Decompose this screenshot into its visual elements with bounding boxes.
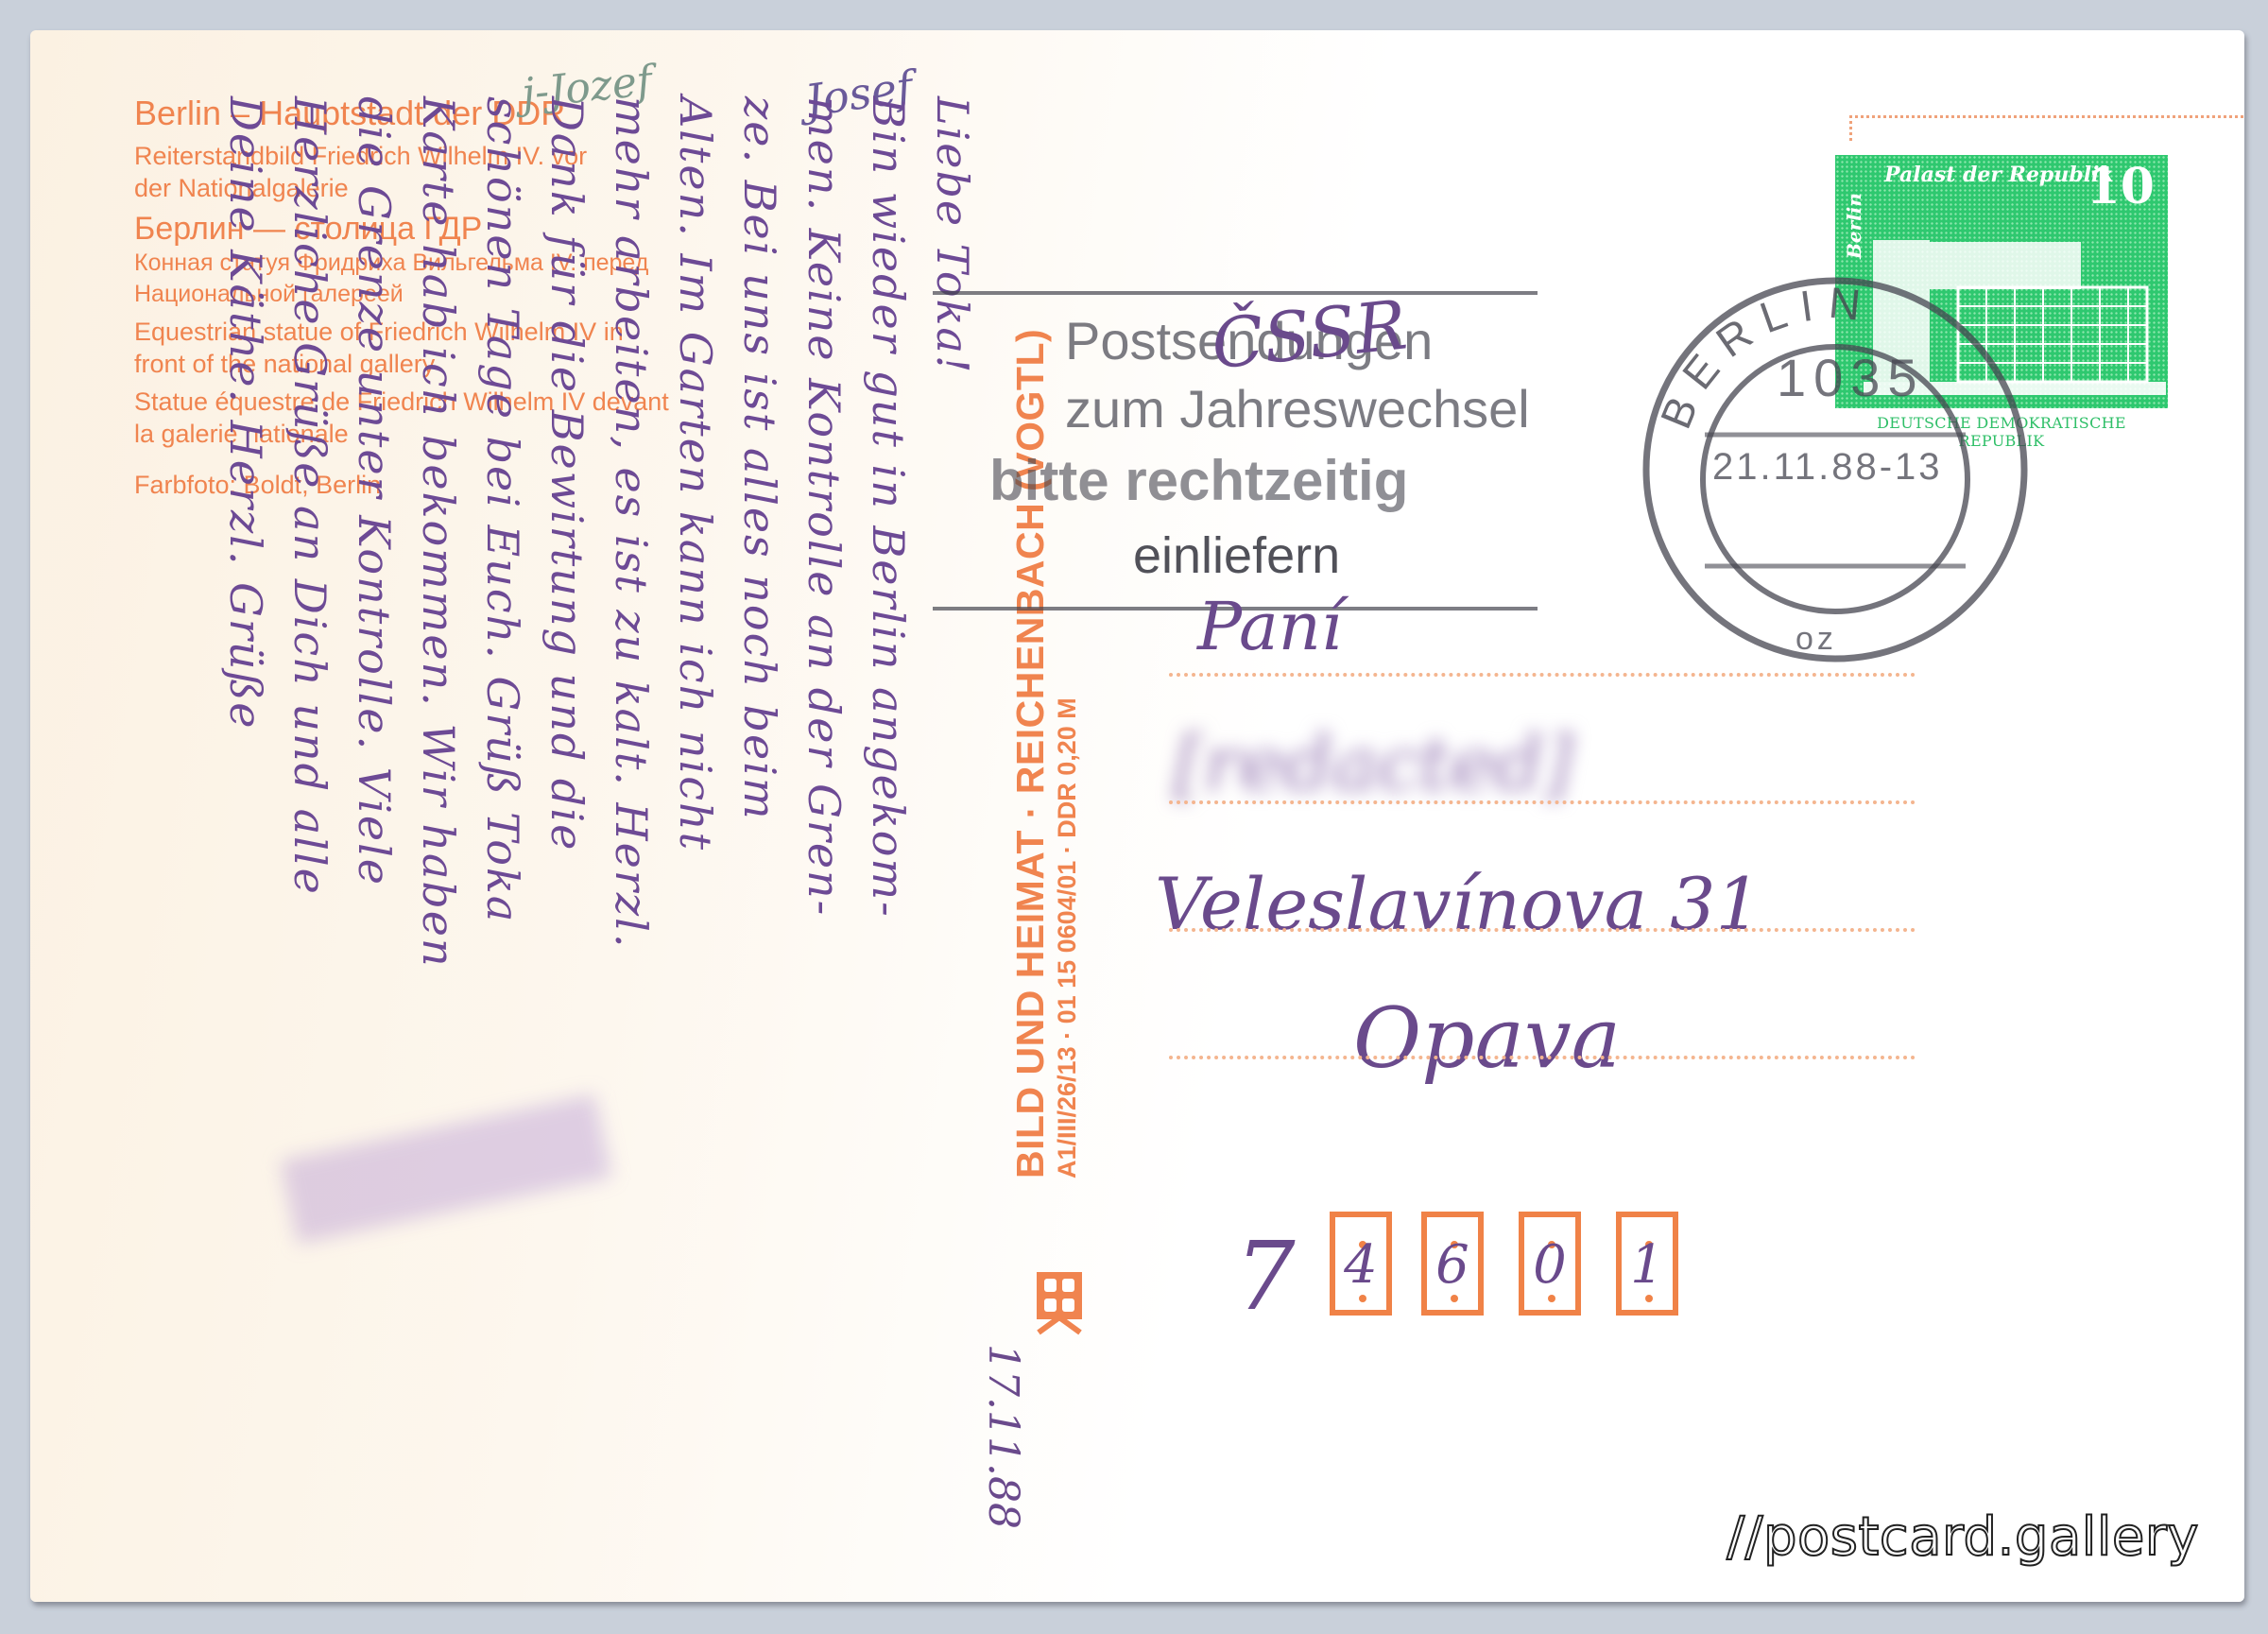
message-line: Deine Käthe. Herzl. Grüße — [214, 96, 278, 969]
address-name-redacted: [redacted] — [1174, 720, 1572, 808]
slogan-line-2: zum Jahreswechsel — [1065, 378, 1530, 439]
postcode-guide-dot — [1645, 1295, 1653, 1302]
slogan-line-3: bitte rechtzeitig — [989, 448, 1408, 513]
postcode-box: 1 — [1616, 1212, 1678, 1316]
postcode-box: 0 — [1519, 1212, 1581, 1316]
postcode-digit: 1 — [1622, 1234, 1673, 1296]
slogan-line-4: einliefern — [1133, 526, 1340, 585]
postcode-guide-dot — [1451, 1295, 1458, 1302]
message-line: die Grenze unter Kontrolle. Viele — [342, 96, 406, 969]
stamp-city: Berlin — [1843, 193, 1865, 259]
ink-smudge — [280, 1094, 611, 1245]
postcode-prefix: 7 — [1235, 1221, 1296, 1332]
address-line — [1169, 928, 1916, 932]
postmark-postcode: 1035 — [1777, 347, 1925, 408]
postcode-guide-dot — [1548, 1295, 1555, 1302]
postmark-code: oz — [1795, 621, 1837, 658]
message-line: Bin wieder gut in Berlin angekom- — [856, 96, 920, 969]
message-line: Alten. Im Garten kann ich nicht — [663, 96, 728, 969]
message-date: 17.11.88 — [979, 1344, 1027, 1529]
address-line — [1169, 673, 1916, 677]
postcard-back: Berlin – Hauptstadt der DDR Reiterstandb… — [30, 30, 2244, 1602]
stamp-value: 10 — [2087, 159, 2155, 215]
postcode-digit: 4 — [1335, 1234, 1386, 1296]
message-line: Herzliche Grüße an Dich und alle — [278, 96, 342, 969]
message-line: ze. Bei uns ist alles noch beim — [728, 96, 792, 969]
handwritten-message: Liebe Toka! Bin wieder gut in Berlin ang… — [214, 96, 985, 969]
bild-und-heimat-logo-icon — [1035, 1270, 1084, 1336]
message-line: schönen Tage bei Euch. Grüß Toka — [471, 96, 535, 969]
address-street: Veleslavínova 31 — [1155, 862, 1761, 946]
stamp-title: Palast der Republik — [1884, 163, 2114, 187]
postcode-box: 4 — [1330, 1212, 1392, 1316]
postcode-digit: 6 — [1427, 1234, 1478, 1296]
message-line: men. Keine Kontrolle an der Gren- — [792, 96, 856, 969]
message-line: mehr arbeiten, es ist zu kalt. Herzl. — [599, 96, 663, 969]
postcode-box: 6 — [1421, 1212, 1484, 1316]
address-line — [1169, 1056, 1916, 1059]
message-line: Karte hab ich bekommen. Wir haben — [406, 96, 471, 969]
cancel-bar — [933, 291, 1538, 295]
postmark-date: 21.11.88-13 — [1712, 446, 1943, 489]
address-city: Opava — [1353, 989, 1621, 1087]
message-line: Dank für die Bewirtung und die — [535, 96, 599, 969]
postcode-digit: 0 — [1524, 1234, 1575, 1296]
postcode-guide-dot — [1359, 1295, 1366, 1302]
watermark: //postcard.gallery — [1727, 1506, 2199, 1568]
address-salutation: Paní — [1197, 588, 1342, 665]
address-line — [1169, 800, 1916, 804]
